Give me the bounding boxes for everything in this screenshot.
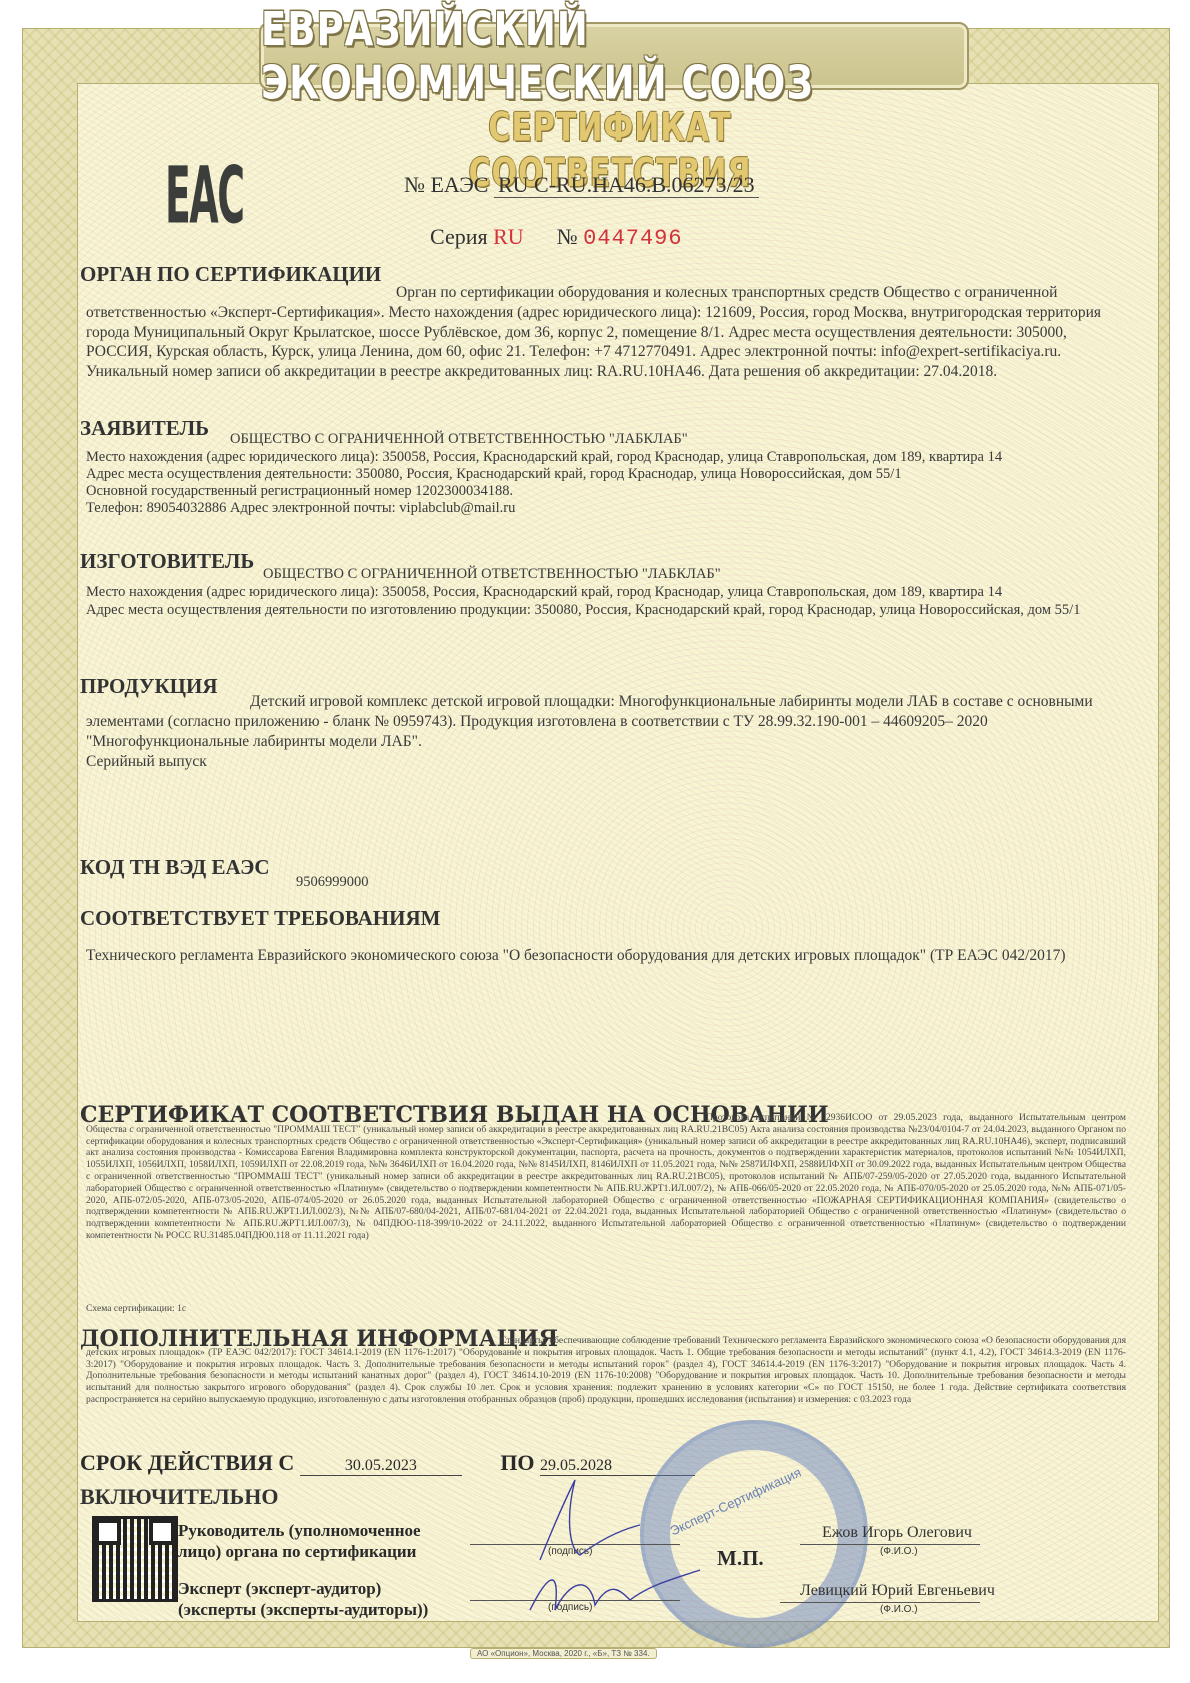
signature-scribble-icon bbox=[500, 1470, 740, 1620]
validity-inclusive: ВКЛЮЧИТЕЛЬНО bbox=[80, 1484, 278, 1510]
product-description: Детский игровой комплекс детской игровой… bbox=[86, 692, 1126, 752]
certification-scheme: Схема сертификации: 1с bbox=[86, 1303, 1126, 1315]
tn-ved-code: 9506999000 bbox=[296, 873, 496, 893]
certification-body-text: Орган по сертификации оборудования и кол… bbox=[86, 283, 1126, 382]
printer-info: АО «Опцион», Москва, 2020 г., «Б», ТЗ № … bbox=[470, 1648, 657, 1659]
qr-code-icon bbox=[92, 1516, 178, 1602]
head-signatory-label: Руководитель (уполномоченное лицо) орган… bbox=[178, 1520, 421, 1562]
registration-label: № ЕАЭС bbox=[404, 172, 488, 197]
applicant-ogrn: Основной государственный регистрационный… bbox=[86, 483, 1126, 500]
head-name-line bbox=[800, 1544, 980, 1545]
series-value: RU bbox=[493, 224, 524, 249]
applicant-name: ОБЩЕСТВО С ОГРАНИЧЕННОЙ ОТВЕТСТВЕННОСТЬЮ… bbox=[230, 430, 1110, 450]
tn-ved-heading: КОД ТН ВЭД ЕАЭС bbox=[80, 855, 270, 880]
head-label-line-2: лицо) органа по сертификации bbox=[178, 1541, 421, 1562]
head-label-line-1: Руководитель (уполномоченное bbox=[178, 1520, 421, 1541]
series-line: Серия RU № 0447496 bbox=[430, 224, 683, 251]
product-release-type: Серийный выпуск bbox=[86, 752, 1126, 772]
manufacturer-legal-address: Место нахождения (адрес юридического лиц… bbox=[86, 584, 1126, 602]
expert-name-line bbox=[780, 1602, 980, 1603]
validity-from-label: СРОК ДЕЙСТВИЯ С bbox=[80, 1450, 294, 1475]
manufacturer-name: ОБЩЕСТВО С ОГРАНИЧЕННОЙ ОТВЕТСТВЕННОСТЬЮ… bbox=[263, 565, 1123, 585]
validity-from-date: 30.05.2023 bbox=[300, 1457, 462, 1476]
applicant-contacts: Телефон: 89054032886 Адрес электронной п… bbox=[86, 500, 1126, 517]
expert-name-caption: (Ф.И.О.) bbox=[880, 1604, 918, 1615]
additional-info-text: Стандарты, обеспечивающие соблюдение тре… bbox=[86, 1335, 1126, 1406]
head-name-caption: (Ф.И.О.) bbox=[880, 1546, 918, 1557]
requirements-heading: СООТВЕТСТВУЕТ ТРЕБОВАНИЯМ bbox=[80, 906, 440, 931]
registration-value: RU C-RU.НА46.В.06273/23 bbox=[494, 172, 759, 198]
series-label: Серия bbox=[430, 224, 488, 249]
applicant-details: Место нахождения (адрес юридического лиц… bbox=[86, 449, 1126, 517]
eac-mark-icon: ЕАС bbox=[165, 150, 244, 241]
expert-signatory-label: Эксперт (эксперт-аудитор) (эксперты (экс… bbox=[178, 1578, 428, 1620]
manufacturer-heading: ИЗГОТОВИТЕЛЬ bbox=[80, 549, 254, 574]
union-banner: ЕВРАЗИЙСКИЙ ЭКОНОМИЧЕСКИЙ СОЮЗ bbox=[259, 22, 969, 90]
expert-label-line-2: (эксперты (эксперты-аудиторы)) bbox=[178, 1599, 428, 1620]
basis-text: Протокола испытаний № 2936ИСОО от 29.05.… bbox=[86, 1112, 1126, 1242]
blank-number-label: № bbox=[557, 224, 578, 249]
registration-number: № ЕАЭС RU C-RU.НА46.В.06273/23 bbox=[404, 172, 759, 198]
requirements-text: Технического регламента Евразийского эко… bbox=[86, 946, 1126, 966]
head-name: Ежов Игорь Олегович bbox=[822, 1524, 972, 1542]
manufacturer-production-address: Адрес места осуществления деятельности п… bbox=[86, 602, 1126, 620]
seal-place-label: М.П. bbox=[717, 1546, 764, 1571]
expert-label-line-1: Эксперт (эксперт-аудитор) bbox=[178, 1578, 428, 1599]
manufacturer-details: Место нахождения (адрес юридического лиц… bbox=[86, 584, 1126, 619]
union-title: ЕВРАЗИЙСКИЙ ЭКОНОМИЧЕСКИЙ СОЮЗ bbox=[261, 2, 967, 110]
blank-number: 0447496 bbox=[583, 226, 682, 251]
expert-name: Левицкий Юрий Евгеньевич bbox=[800, 1582, 995, 1600]
applicant-heading: ЗАЯВИТЕЛЬ bbox=[80, 416, 209, 441]
applicant-legal-address: Место нахождения (адрес юридического лиц… bbox=[86, 449, 1126, 466]
applicant-activity-address: Адрес места осуществления деятельности: … bbox=[86, 466, 1126, 483]
